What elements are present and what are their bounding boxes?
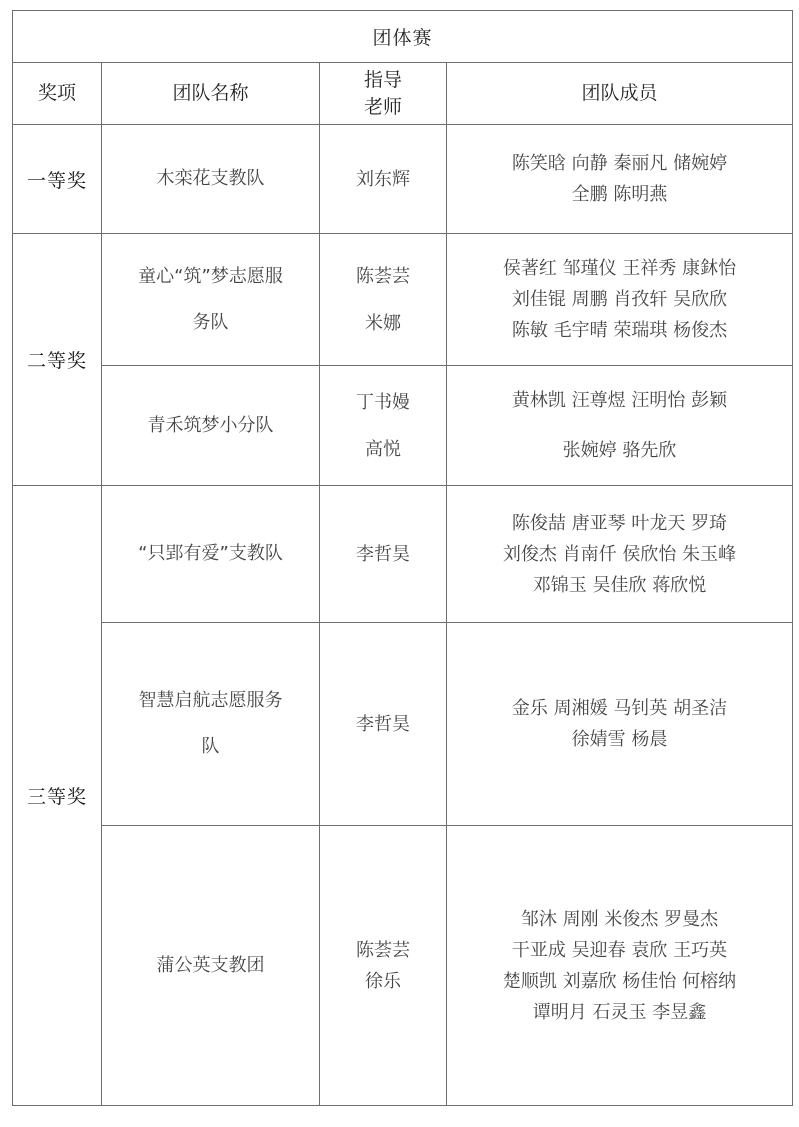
team-name: 童心“筑”梦志愿服 务队: [102, 234, 320, 366]
team-name-line: 务队: [102, 300, 319, 346]
members-cell: 陈笑晗 向静 秦丽凡 储婉婷 全鹏 陈明燕: [447, 125, 793, 234]
members-line: 干亚成 吴迎春 袁欣 王巧英: [447, 935, 792, 966]
teacher-name: 李哲昊: [320, 701, 446, 748]
prize-third: 三等奖: [13, 486, 102, 1106]
teacher-name: 刘东辉: [320, 156, 446, 203]
prize-second: 二等奖: [13, 234, 102, 486]
header-teacher-line2: 老师: [320, 94, 446, 121]
table-row: 三等奖 “只郢有爱”支教队 李哲昊 陈俊喆 唐亚琴 叶龙天 罗琦 刘俊杰 肖南仟…: [13, 486, 793, 623]
table-row: 青禾筑梦小分队 丁书嫚 高悦 黄林凯 汪尊煜 汪明怡 彭颖 张婉婷 骆先欣: [13, 366, 793, 486]
teacher-cell: 刘东辉: [320, 125, 447, 234]
header-prize: 奖项: [13, 63, 102, 125]
team-name: 木栾花支教队: [102, 125, 320, 234]
teacher-name: 李哲昊: [320, 531, 446, 578]
members-line: 刘俊杰 肖南仟 侯欣怡 朱玉峰: [447, 539, 792, 570]
teacher-cell: 陈荟芸 米娜: [320, 234, 447, 366]
members-line: 刘佳锟 周鹏 肖孜轩 吴欣欣: [447, 284, 792, 315]
prize-first: 一等奖: [13, 125, 102, 234]
members-cell: 邹沐 周刚 米俊杰 罗曼杰 干亚成 吴迎春 袁欣 王巧英 楚顺凯 刘嘉欣 杨佳怡…: [447, 826, 793, 1106]
team-name-line: “只郢有爱”支教队: [102, 531, 319, 577]
table-row: 智慧启航志愿服务 队 李哲昊 金乐 周湘媛 马钊英 胡圣洁 徐婧雪 杨晨: [13, 623, 793, 826]
teacher-name: 陈荟芸: [320, 935, 446, 966]
team-name: 青禾筑梦小分队: [102, 366, 320, 486]
members-cell: 金乐 周湘媛 马钊英 胡圣洁 徐婧雪 杨晨: [447, 623, 793, 826]
team-name: 蒲公英支教团: [102, 826, 320, 1106]
members-cell: 侯著红 邹瑾仪 王祥秀 康鈢怡 刘佳锟 周鹏 肖孜轩 吴欣欣 陈敏 毛宇晴 荣瑞…: [447, 234, 793, 366]
members-line: 谭明月 石灵玉 李昱鑫: [447, 997, 792, 1028]
members-line: 邓锦玉 吴佳欣 蒋欣悦: [447, 570, 792, 601]
team-name-line: 蒲公英支教团: [102, 943, 319, 989]
teacher-name: 陈荟芸: [320, 253, 446, 300]
members-line: 陈俊喆 唐亚琴 叶龙天 罗琦: [447, 508, 792, 539]
header-teacher-line1: 指导: [320, 67, 446, 94]
members-cell: 陈俊喆 唐亚琴 叶龙天 罗琦 刘俊杰 肖南仟 侯欣怡 朱玉峰 邓锦玉 吴佳欣 蒋…: [447, 486, 793, 623]
team-name-line: 队: [102, 724, 319, 770]
teacher-name: 徐乐: [320, 966, 446, 997]
teacher-cell: 丁书嫚 高悦: [320, 366, 447, 486]
members-line: 陈敏 毛宇晴 荣瑞琪 杨俊杰: [447, 315, 792, 346]
teacher-name: 米娜: [320, 300, 446, 347]
members-cell: 黄林凯 汪尊煜 汪明怡 彭颖 张婉婷 骆先欣: [447, 366, 793, 486]
members-line: 邹沐 周刚 米俊杰 罗曼杰: [447, 904, 792, 935]
table-row: 二等奖 童心“筑”梦志愿服 务队 陈荟芸 米娜 侯著红 邹瑾仪 王祥秀 康鈢怡 …: [13, 234, 793, 366]
members-line: 徐婧雪 杨晨: [447, 724, 792, 755]
table-title: 团体赛: [13, 11, 793, 63]
header-members: 团队成员: [447, 63, 793, 125]
team-name: “只郢有爱”支教队: [102, 486, 320, 623]
table-row: 蒲公英支教团 陈荟芸 徐乐 邹沐 周刚 米俊杰 罗曼杰 干亚成 吴迎春 袁欣 王…: [13, 826, 793, 1106]
header-row: 奖项 团队名称 指导 老师 团队成员: [13, 63, 793, 125]
team-name: 智慧启航志愿服务 队: [102, 623, 320, 826]
teacher-cell: 李哲昊: [320, 623, 447, 826]
header-team-name: 团队名称: [102, 63, 320, 125]
members-line: 张婉婷 骆先欣: [447, 426, 792, 476]
teacher-cell: 李哲昊: [320, 486, 447, 623]
teacher-name: 丁书嫚: [320, 379, 446, 426]
members-line: 侯著红 邹瑾仪 王祥秀 康鈢怡: [447, 253, 792, 284]
table-row: 一等奖 木栾花支教队 刘东辉 陈笑晗 向静 秦丽凡 储婉婷 全鹏 陈明燕: [13, 125, 793, 234]
header-teacher: 指导 老师: [320, 63, 447, 125]
teacher-cell: 陈荟芸 徐乐: [320, 826, 447, 1106]
team-name-line: 智慧启航志愿服务: [102, 678, 319, 724]
title-row: 团体赛: [13, 11, 793, 63]
members-line: 黄林凯 汪尊煜 汪明怡 彭颖: [447, 376, 792, 426]
members-line: 陈笑晗 向静 秦丽凡 储婉婷: [447, 148, 792, 179]
team-name-line: 木栾花支教队: [102, 156, 319, 202]
team-name-line: 童心“筑”梦志愿服: [102, 254, 319, 300]
team-name-line: 青禾筑梦小分队: [102, 403, 319, 449]
award-table: 团体赛 奖项 团队名称 指导 老师 团队成员 一等奖 木栾花支教队 刘东辉 陈笑…: [12, 10, 793, 1106]
members-line: 楚顺凯 刘嘉欣 杨佳怡 何榕纳: [447, 966, 792, 997]
teacher-name: 高悦: [320, 426, 446, 473]
members-line: 金乐 周湘媛 马钊英 胡圣洁: [447, 693, 792, 724]
members-line: 全鹏 陈明燕: [447, 179, 792, 210]
